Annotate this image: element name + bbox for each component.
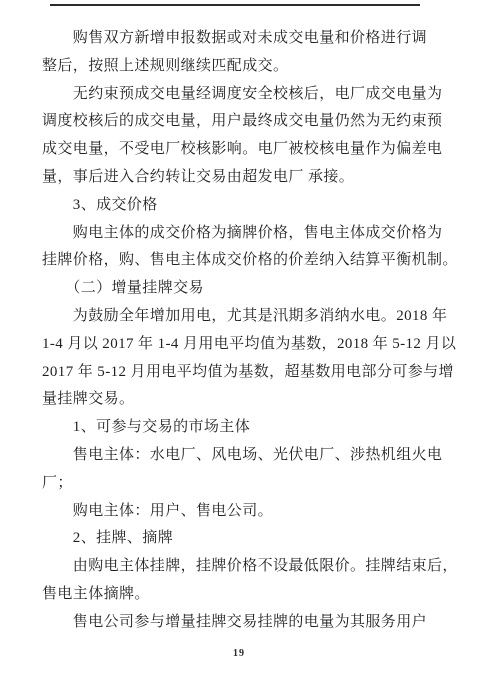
text-line: 售电主体：水电厂、风电场、光伏电厂、涉热机组火电 xyxy=(42,442,432,470)
text-line: 2、挂牌、摘牌 xyxy=(42,525,432,553)
page-number: 19 xyxy=(0,648,478,659)
text-line: 厂； xyxy=(42,470,432,498)
text-line: 量挂牌交易。 xyxy=(42,386,432,414)
text-line: 购售双方新增申报数据或对未成交电量和价格进行调 xyxy=(42,25,432,53)
text-line: 2017 年 5-12 月用电平均值为基数，超基数用电部分可参与增 xyxy=(42,359,432,387)
text-line: 1、可参与交易的市场主体 xyxy=(42,414,432,442)
text-line: 由购电主体挂牌，挂牌价格不设最低限价。挂牌结束后， xyxy=(42,553,432,581)
text-line: 购电主体的成交价格为摘牌价格，售电主体成交价格为 xyxy=(42,220,432,248)
text-line: 整后，按照上述规则继续匹配成交。 xyxy=(42,53,432,81)
text-line: 售电主体摘牌。 xyxy=(42,581,432,609)
text-line: 调度校核后的成交电量，用户最终成交电量仍然为无约束预 xyxy=(42,108,432,136)
text-line: （二）增量挂牌交易 xyxy=(42,275,432,303)
text-line: 成交电量，不受电厂校核影响。电厂被校核电量作为偏差电 xyxy=(42,136,432,164)
text-line: 1-4 月以 2017 年 1-4 月用电平均值为基数，2018 年 5-12 … xyxy=(42,331,432,359)
page-header-rule xyxy=(50,4,420,6)
text-line: 无约束预成交电量经调度安全校核后，电厂成交电量为 xyxy=(42,81,432,109)
document-body: 购售双方新增申报数据或对未成交电量和价格进行调整后，按照上述规则继续匹配成交。 … xyxy=(42,25,432,637)
text-line: 3、成交价格 xyxy=(42,192,432,220)
text-line: 购电主体：用户、售电公司。 xyxy=(42,498,432,526)
document-page: 购售双方新增申报数据或对未成交电量和价格进行调整后，按照上述规则继续匹配成交。 … xyxy=(0,0,482,694)
text-line: 量，事后进入合约转让交易由超发电厂 承接。 xyxy=(42,164,432,192)
text-line: 挂牌价格，购、售电主体成交价格的价差纳入结算平衡机制。 xyxy=(42,247,432,275)
text-line: 售电公司参与增量挂牌交易挂牌的电量为其服务用户 xyxy=(42,609,432,637)
text-line: 为鼓励全年增加用电，尤其是汛期多消纳水电。2018 年 xyxy=(42,303,432,331)
